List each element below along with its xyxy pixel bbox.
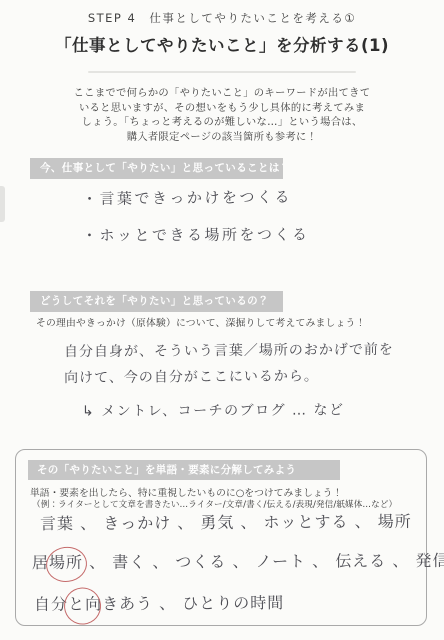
title-divider xyxy=(88,71,356,73)
page-title: 「仕事としてやりたいこと」を分析する(1) xyxy=(0,32,444,56)
section-heading-why: どうしてそれを「やりたい」と思っているの？ xyxy=(30,291,283,312)
words-line3-prefix: 自分 xyxy=(34,595,68,614)
handwritten-note-examples: ↳ メントレ、コーチのブログ … など xyxy=(82,399,345,420)
handwritten-words-line-2: 居場所 、 書く 、 つくる 、 ノート 、 伝える 、 発信 xyxy=(32,548,444,573)
handwritten-answer-now-1: ・言葉できっかけをつくる xyxy=(82,186,292,209)
section-heading-decompose: その「やりたいこと」を単語・要素に分解してみよう xyxy=(28,460,340,480)
handwritten-answer-why: 自分自身が、そういう言葉／場所のおかげで前を 向けて、今の自分がここにいるから。 xyxy=(64,337,394,391)
section-hint-decompose: 単語・要素を出したら、特に重視したいものに○をつけてみましょう！ xyxy=(30,485,342,499)
handwritten-words-line-1: 言葉 、 きっかけ 、 勇気 、 ホッとする 、 場所 xyxy=(40,509,412,535)
worksheet-page: STEP 4 仕事としてやりたいことを考える① 「仕事としてやりたいこと」を分析… xyxy=(0,0,444,640)
red-circle-basho: 場所 xyxy=(49,550,83,573)
step-label: STEP 4 仕事としてやりたいことを考える① xyxy=(0,10,444,26)
words-line2-prefix: 居 xyxy=(32,553,49,572)
section-heading-now: 今、仕事として「やりたい」と思っていることは？ xyxy=(30,158,283,179)
intro-paragraph: ここまでで何らかの「やりたいこと」のキーワードが出てきて いると思いますが、その… xyxy=(52,86,392,144)
section-hint-why: その理由やきっかけ（原体験）について、深掘りして考えてみましょう！ xyxy=(36,315,366,329)
handwritten-words-line-3: 自分と向きあう 、 ひとりの時間 xyxy=(34,590,284,615)
red-circle-to-mukiau: と xyxy=(68,592,85,615)
words-line2-rest: 、 書く 、 つくる 、 ノート 、 伝える 、 発信 xyxy=(83,551,444,572)
decompose-box: その「やりたいこと」を単語・要素に分解してみよう 単語・要素を出したら、特に重視… xyxy=(15,449,427,626)
scan-artifact xyxy=(0,186,5,222)
words-line1-text: 言葉 、 きっかけ 、 勇気 、 ホッとする 、 場所 xyxy=(40,512,412,534)
words-line3-rest: 向きあう 、 ひとりの時間 xyxy=(85,593,284,613)
handwritten-answer-now-2: ・ホッとできる場所をつくる xyxy=(82,223,310,245)
